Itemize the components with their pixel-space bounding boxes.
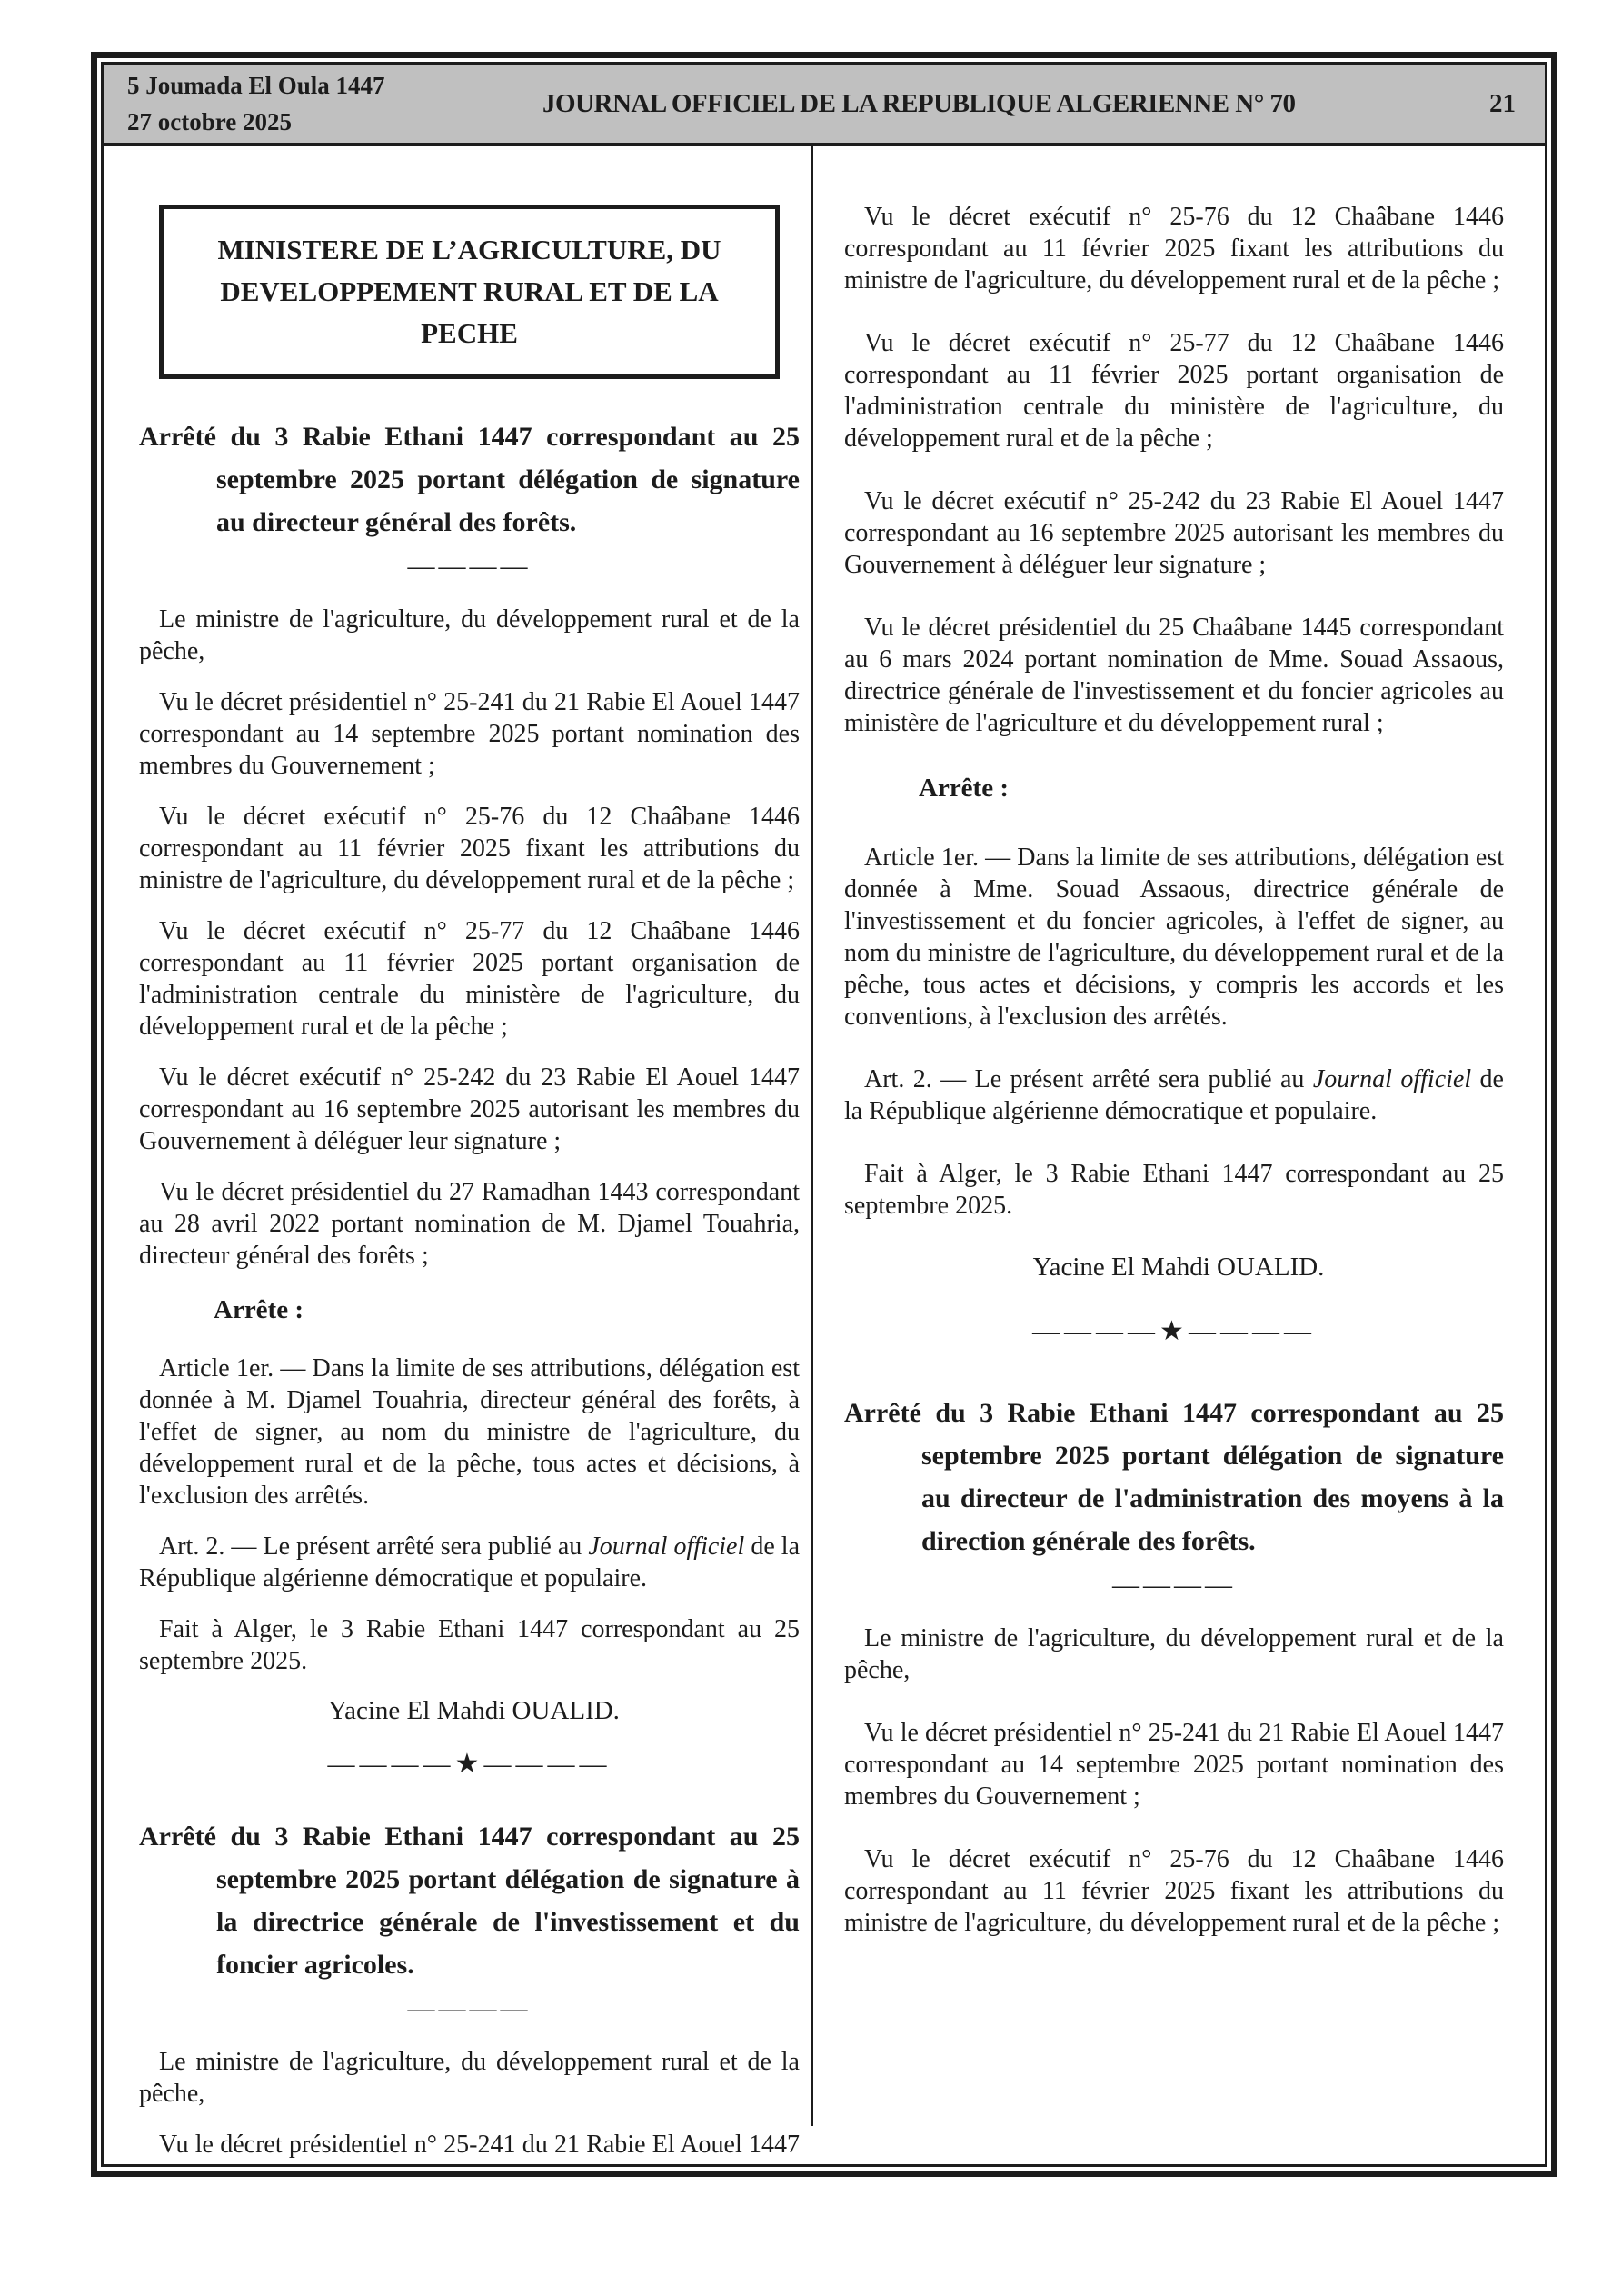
journal-officiel-italic: Journal officiel: [1313, 1065, 1471, 1093]
paragraph-minister: Le ministre de l'agriculture, du dévelop…: [844, 1622, 1504, 1686]
paragraph-minister: Le ministre de l'agriculture, du dévelop…: [139, 2046, 800, 2110]
page-content: MINISTERE DE L’AGRICULTURE, DU DEVELOPPE…: [104, 146, 1545, 2164]
article-2-prefix: Art. 2. — Le présent arrêté sera publié …: [159, 1532, 588, 1561]
article-1-paragraph: Article 1er. — Dans la limite de ses att…: [844, 842, 1504, 1033]
arrete-label: Arrête :: [844, 774, 1504, 804]
journal-officiel-italic: Journal officiel: [588, 1532, 744, 1561]
vu-clause-25-76: Vu le décret exécutif n° 25-76 du 12 Cha…: [844, 1843, 1504, 1939]
vu-clause-25-76: Vu le décret exécutif n° 25-76 du 12 Cha…: [139, 801, 800, 896]
header-dates: 5 Joumada El Oula 1447 27 octobre 2025: [127, 67, 385, 140]
article-1-paragraph: Article 1er. — Dans la limite de ses att…: [139, 1353, 800, 1512]
article-2-prefix: Art. 2. — Le présent arrêté sera publié …: [864, 1065, 1313, 1093]
dash-separator: ————: [844, 1570, 1504, 1601]
decree-heading-1: Arrêté du 3 Rabie Ethani 1447 correspond…: [139, 415, 800, 544]
page-inner-frame: 5 Joumada El Oula 1447 27 octobre 2025 J…: [101, 62, 1547, 2167]
decree-heading-3: Arrêté du 3 Rabie Ethani 1447 correspond…: [844, 1392, 1504, 1562]
ministry-title-box: MINISTERE DE L’AGRICULTURE, DU DEVELOPPE…: [159, 205, 780, 379]
minister-signature: Yacine El Mahdi OUALID.: [844, 1253, 1504, 1283]
article-2-paragraph: Art. 2. — Le présent arrêté sera publié …: [139, 1531, 800, 1594]
star-separator: ————★————: [844, 1313, 1504, 1350]
decree-heading-2: Arrêté du 3 Rabie Ethani 1447 correspond…: [139, 1815, 800, 1986]
journal-header-band: 5 Joumada El Oula 1447 27 octobre 2025 J…: [104, 65, 1545, 146]
fait-a-alger-paragraph: Fait à Alger, le 3 Rabie Ethani 1447 cor…: [844, 1158, 1504, 1222]
minister-signature: Yacine El Mahdi OUALID.: [139, 1696, 800, 1726]
arrete-label: Arrête :: [139, 1295, 800, 1325]
vu-clause-25-242: Vu le décret exécutif n° 25-242 du 23 Ra…: [139, 1062, 800, 1157]
article-2-paragraph: Art. 2. — Le présent arrêté sera publié …: [844, 1063, 1504, 1127]
page-number: 21: [1426, 89, 1521, 119]
dash-separator: ————: [139, 551, 800, 582]
column-left: MINISTERE DE L’AGRICULTURE, DU DEVELOPPE…: [104, 146, 811, 2164]
vu-clause-touahria: Vu le décret présidentiel du 27 Ramadhan…: [139, 1176, 800, 1272]
paragraph-minister: Le ministre de l'agriculture, du dévelop…: [139, 604, 800, 667]
dash-separator: ————: [139, 1993, 800, 2024]
vu-clause-25-241: Vu le décret présidentiel n° 25-241 du 2…: [139, 686, 800, 782]
star-separator: ————★————: [139, 1746, 800, 1782]
journal-title: JOURNAL OFFICIEL DE LA REPUBLIQUE ALGERI…: [385, 89, 1426, 119]
column-right: Vu le décret exécutif n° 25-76 du 12 Cha…: [813, 146, 1545, 2164]
vu-clause-assaous: Vu le décret présidentiel du 25 Chaâbane…: [844, 612, 1504, 739]
hijri-date: 5 Joumada El Oula 1447: [127, 67, 385, 104]
fait-a-alger-paragraph: Fait à Alger, le 3 Rabie Ethani 1447 cor…: [139, 1613, 800, 1677]
vu-clause-25-76: Vu le décret exécutif n° 25-76 du 12 Cha…: [844, 201, 1504, 296]
vu-clause-25-77: Vu le décret exécutif n° 25-77 du 12 Cha…: [844, 327, 1504, 454]
vu-clause-25-77: Vu le décret exécutif n° 25-77 du 12 Cha…: [139, 915, 800, 1043]
gregorian-date: 27 octobre 2025: [127, 104, 385, 140]
vu-clause-25-242: Vu le décret exécutif n° 25-242 du 23 Ra…: [844, 485, 1504, 581]
vu-clause-25-241: Vu le décret présidentiel n° 25-241 du 2…: [844, 1717, 1504, 1812]
page-frame: 5 Joumada El Oula 1447 27 octobre 2025 J…: [91, 52, 1557, 2177]
vu-clause-25-241: Vu le décret présidentiel n° 25-241 du 2…: [139, 2129, 800, 2164]
